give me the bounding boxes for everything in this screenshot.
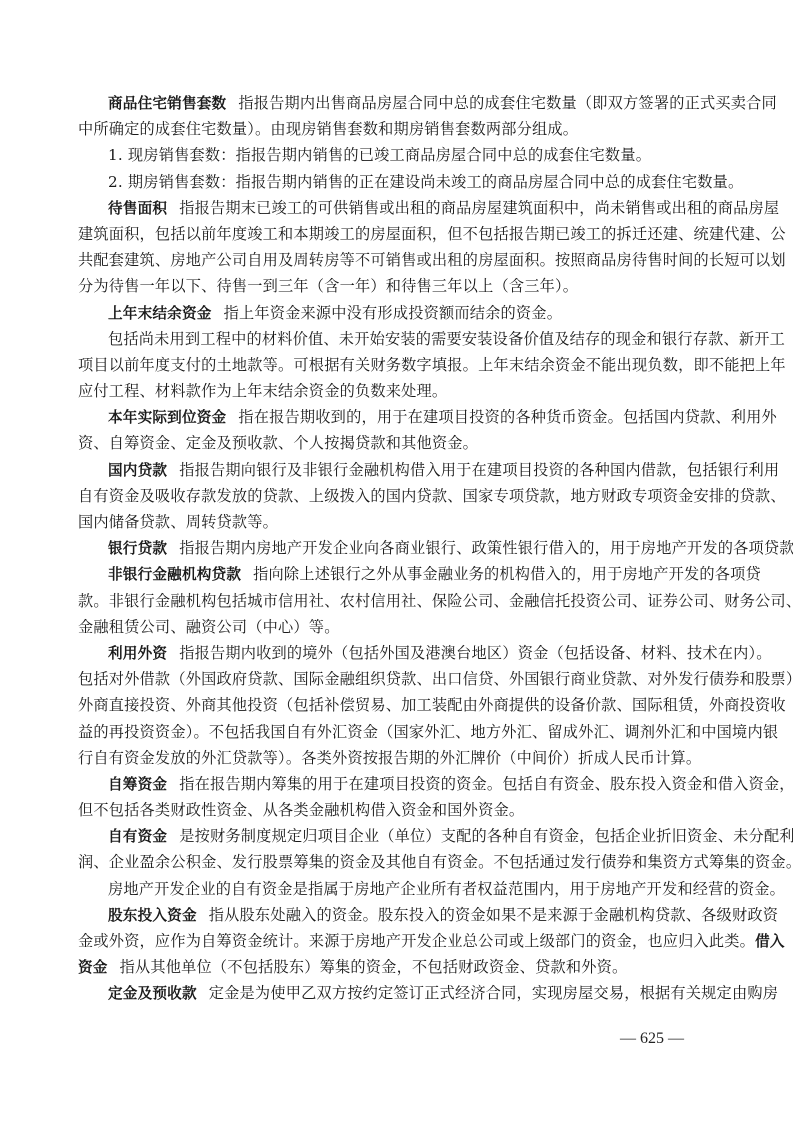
list-item: 1. 现房销售套数：指报告期内销售的已竣工商品房屋合同中总的成套住宅数量。 — [78, 142, 715, 168]
text-line: 金或外资，应作为自筹资金统计。来源于房地产开发企业总公司或上级部门的资金，也应归… — [78, 928, 715, 954]
definition-line: 本年实际到位资金指在报告期收到的，用于在建项目投资的各种货币资金。包括国内贷款、… — [78, 404, 715, 430]
text-line: 房地产开发企业的自有资金是指属于房地产企业所有者权益范围内，用于房地产开发和经营… — [78, 876, 715, 902]
text-line: 资、自筹资金、定金及预收款、个人按揭贷款和其他资金。 — [78, 430, 715, 456]
term-heading: 国内贷款 — [108, 462, 167, 479]
definition-line: 国内贷款指报告期向银行及非银行金融机构借入用于在建项目投资的各种国内借款，包括银… — [78, 457, 715, 483]
definition-text: 指上年资金来源中没有形成投资额而结余的资金。 — [224, 304, 563, 322]
definition-text: 指报告期向银行及非银行金融机构借入用于在建项目投资的各种国内借款，包括银行利用 — [179, 461, 779, 479]
definition-text: 指从股东处融入的资金。股东投入的资金如果不是来源于金融机构贷款、各级财政资 — [209, 906, 778, 924]
list-text: 1. 现房销售套数：指报告期内销售的已竣工商品房屋合同中总的成套住宅数量。 — [108, 146, 651, 164]
definition-line: 上年末结余资金指上年资金来源中没有形成投资额而结余的资金。 — [78, 300, 715, 326]
text-line: 金融租赁公司、融资公司（中心）等。 — [78, 614, 715, 640]
term-heading: 本年实际到位资金 — [108, 409, 226, 426]
term-heading: 股东投入资金 — [108, 907, 197, 924]
definition-text: 指从其他单位（不包括股东）筹集的资金，不包括财政资金、贷款和外资。 — [120, 958, 628, 976]
term-heading: 定金及预收款 — [108, 985, 197, 1002]
definition-text: 外商直接投资、外商其他投资（包括补偿贸易、加工装配由外商提供的设备价款、国际租赁… — [78, 696, 786, 714]
definition-line: 银行贷款指报告期内房地产开发企业向各商业银行、政策性银行借入的，用于房地产开发的… — [78, 535, 715, 561]
term-heading: 非银行金融机构贷款 — [108, 566, 241, 583]
list-item: 2. 期房销售套数：指报告期内销售的正在建设尚未竣工的商品房屋合同中总的成套住宅… — [78, 169, 715, 195]
term-heading: 自筹资金 — [108, 776, 167, 793]
term-heading: 借入 — [755, 933, 785, 950]
definition-text: 包括尚未用到工程中的材料价值、未开始安装的需要安装设备价值及结存的现金和银行存款… — [108, 330, 785, 348]
definition-text: 资、自筹资金、定金及预收款、个人按揭贷款和其他资金。 — [78, 434, 478, 452]
text-line: 行自有资金发放的外汇贷款等）。各类外资按报告期的外汇牌价（中间价）折成人民币计算… — [78, 745, 715, 771]
page-number: — 625 — — [620, 1030, 684, 1048]
definition-text: 建筑面积，包括以前年度竣工和本期竣工的房屋面积，但不包括报告期已竣工的拆迁还建、… — [78, 225, 786, 243]
definition-line: 待售面积指报告期末已竣工的可供销售或出租的商品房屋建筑面积中，尚未销售或出租的商… — [78, 195, 715, 221]
definition-text: 中所确定的成套住宅数量）。由现房销售套数和期房销售套数两部分组成。 — [78, 120, 578, 138]
text-line: 自有资金及吸收存款发放的贷款、上级拨入的国内贷款、国家专项贷款，地方财政专项资金… — [78, 483, 715, 509]
definition-text: 指报告期内房地产开发企业向各商业银行、政策性银行借入的，用于房地产开发的各项贷款… — [179, 539, 793, 557]
term-heading: 资金 — [78, 959, 108, 976]
definition-text: 指报告期内出售商品房屋合同中总的成套住宅数量（即双方签署的正式买卖合同 — [238, 94, 777, 112]
definition-line: 定金及预收款定金是为使甲乙双方按约定签订正式经济合同，实现房屋交易，根据有关规定… — [78, 980, 715, 1006]
definition-line: 股东投入资金指从股东处融入的资金。股东投入的资金如果不是来源于金融机构贷款、各级… — [78, 902, 715, 928]
definition-text: 益的再投资资金）。不包括我国自有外汇资金（国家外汇、地方外汇、留成外汇、调剂外汇… — [78, 723, 778, 741]
text-line: 润、企业盈余公积金、发行股票筹集的资金及其他自有资金。不包括通过发行债券和集资方… — [78, 849, 715, 875]
text-line: 建筑面积，包括以前年度竣工和本期竣工的房屋面积，但不包括报告期已竣工的拆迁还建、… — [78, 221, 715, 247]
definition-text: 房地产开发企业的自有资金是指属于房地产企业所有者权益范围内，用于房地产开发和经营… — [108, 880, 785, 898]
text-line: 益的再投资资金）。不包括我国自有外汇资金（国家外汇、地方外汇、留成外汇、调剂外汇… — [78, 719, 715, 745]
definition-text: 润、企业盈余公积金、发行股票筹集的资金及其他自有资金。不包括通过发行债券和集资方… — [78, 853, 793, 871]
definition-line: 自筹资金指在报告期内筹集的用于在建项目投资的资金。包括自有资金、股东投入资金和借… — [78, 771, 715, 797]
definition-line: 利用外资指报告期内收到的境外（包括外国及港澳台地区）资金（包括设备、材料、技术在… — [78, 640, 715, 666]
definition-line: 非银行金融机构贷款指向除上述银行之外从事金融业务的机构借入的，用于房地产开发的各… — [78, 561, 715, 587]
list-text: 2. 期房销售套数：指报告期内销售的正在建设尚未竣工的商品房屋合同中总的成套住宅… — [108, 173, 743, 191]
definition-text: 指报告期末已竣工的可供销售或出租的商品房屋建筑面积中，尚未销售或出租的商品房屋 — [179, 199, 779, 217]
text-line: 外商直接投资、外商其他投资（包括补偿贸易、加工装配由外商提供的设备价款、国际租赁… — [78, 692, 715, 718]
definition-line: 自有资金是按财务制度规定归项目企业（单位）支配的各种自有资金，包括企业折旧资金、… — [78, 823, 715, 849]
definition-text: 金或外资，应作为自筹资金统计。来源于房地产开发企业总公司或上级部门的资金，也应归… — [78, 932, 755, 950]
text-line: 款。非银行金融机构包括城市信用社、农村信用社、保险公司、金融信托投资公司、证券公… — [78, 588, 715, 614]
definition-line: 资金指从其他单位（不包括股东）筹集的资金，不包括财政资金、贷款和外资。 — [78, 954, 715, 980]
definition-text: 自有资金及吸收存款发放的贷款、上级拨入的国内贷款、国家专项贷款，地方财政专项资金… — [78, 487, 786, 505]
text-line: 分为待售一年以下、待售一到三年（含一年）和待售三年以上（含三年）。 — [78, 273, 715, 299]
definition-text: 国内储备贷款、周转贷款等。 — [78, 513, 278, 531]
term-heading: 自有资金 — [108, 828, 167, 845]
definition-line: 商品住宅销售套数指报告期内出售商品房屋合同中总的成套住宅数量（即双方签署的正式买… — [78, 90, 715, 116]
text-line: 项目以前年度支付的土地款等。可根据有关财务数字填报。上年末结余资金不能出现负数，… — [78, 352, 715, 378]
definition-text: 项目以前年度支付的土地款等。可根据有关财务数字填报。上年末结余资金不能出现负数，… — [78, 356, 786, 374]
definition-text: 但不包括各类财政性资金、从各类金融机构借入资金和国外资金。 — [78, 801, 524, 819]
definition-text: 行自有资金发放的外汇贷款等）。各类外资按报告期的外汇牌价（中间价）折成人民币计算… — [78, 749, 701, 767]
definition-text: 指报告期内收到的境外（包括外国及港澳台地区）资金（包括设备、材料、技术在内）。 — [179, 644, 772, 662]
text-line: 但不包括各类财政性资金、从各类金融机构借入资金和国外资金。 — [78, 797, 715, 823]
text-line: 应付工程、材料款作为上年末结余资金的负数来处理。 — [78, 378, 715, 404]
document-page: 商品住宅销售套数指报告期内出售商品房屋合同中总的成套住宅数量（即双方签署的正式买… — [78, 90, 715, 1007]
term-heading: 银行贷款 — [108, 540, 167, 557]
definition-text: 包括对外借款（外国政府贷款、国际金融组织贷款、出口信贷、外国银行商业贷款、对外发… — [78, 670, 793, 688]
definition-text: 定金是为使甲乙双方按约定签订正式经济合同，实现房屋交易，根据有关规定由购房 — [209, 984, 778, 1002]
term-heading: 利用外资 — [108, 645, 167, 662]
text-line: 国内储备贷款、周转贷款等。 — [78, 509, 715, 535]
definition-text: 指在报告期收到的，用于在建项目投资的各种货币资金。包括国内贷款、利用外 — [238, 408, 777, 426]
definition-text: 应付工程、材料款作为上年末结余资金的负数来处理。 — [78, 382, 447, 400]
text-line: 包括对外借款（外国政府贷款、国际金融组织贷款、出口信贷、外国银行商业贷款、对外发… — [78, 666, 715, 692]
definition-text: 分为待售一年以下、待售一到三年（含一年）和待售三年以上（含三年）。 — [78, 277, 578, 295]
definition-text: 金融租赁公司、融资公司（中心）等。 — [78, 618, 340, 636]
definition-text: 款。非银行金融机构包括城市信用社、农村信用社、保险公司、金融信托投资公司、证券公… — [78, 592, 793, 610]
text-line: 中所确定的成套住宅数量）。由现房销售套数和期房销售套数两部分组成。 — [78, 116, 715, 142]
text-line: 共配套建筑、房地产公司自用及周转房等不可销售或出租的房屋面积。按照商品房待售时间… — [78, 247, 715, 273]
definition-text: 指向除上述银行之外从事金融业务的机构借入的，用于房地产开发的各项贷 — [253, 565, 761, 583]
term-heading: 上年末结余资金 — [108, 305, 212, 322]
definition-text: 指在报告期内筹集的用于在建项目投资的资金。包括自有资金、股东投入资金和借入资金， — [179, 775, 793, 793]
definition-text: 共配套建筑、房地产公司自用及周转房等不可销售或出租的房屋面积。按照商品房待售时间… — [78, 251, 786, 269]
term-heading: 待售面积 — [108, 200, 167, 217]
term-heading: 商品住宅销售套数 — [108, 95, 226, 112]
definition-text: 是按财务制度规定归项目企业（单位）支配的各种自有资金，包括企业折旧资金、未分配利 — [179, 827, 793, 845]
text-line: 包括尚未用到工程中的材料价值、未开始安装的需要安装设备价值及结存的现金和银行存款… — [78, 326, 715, 352]
